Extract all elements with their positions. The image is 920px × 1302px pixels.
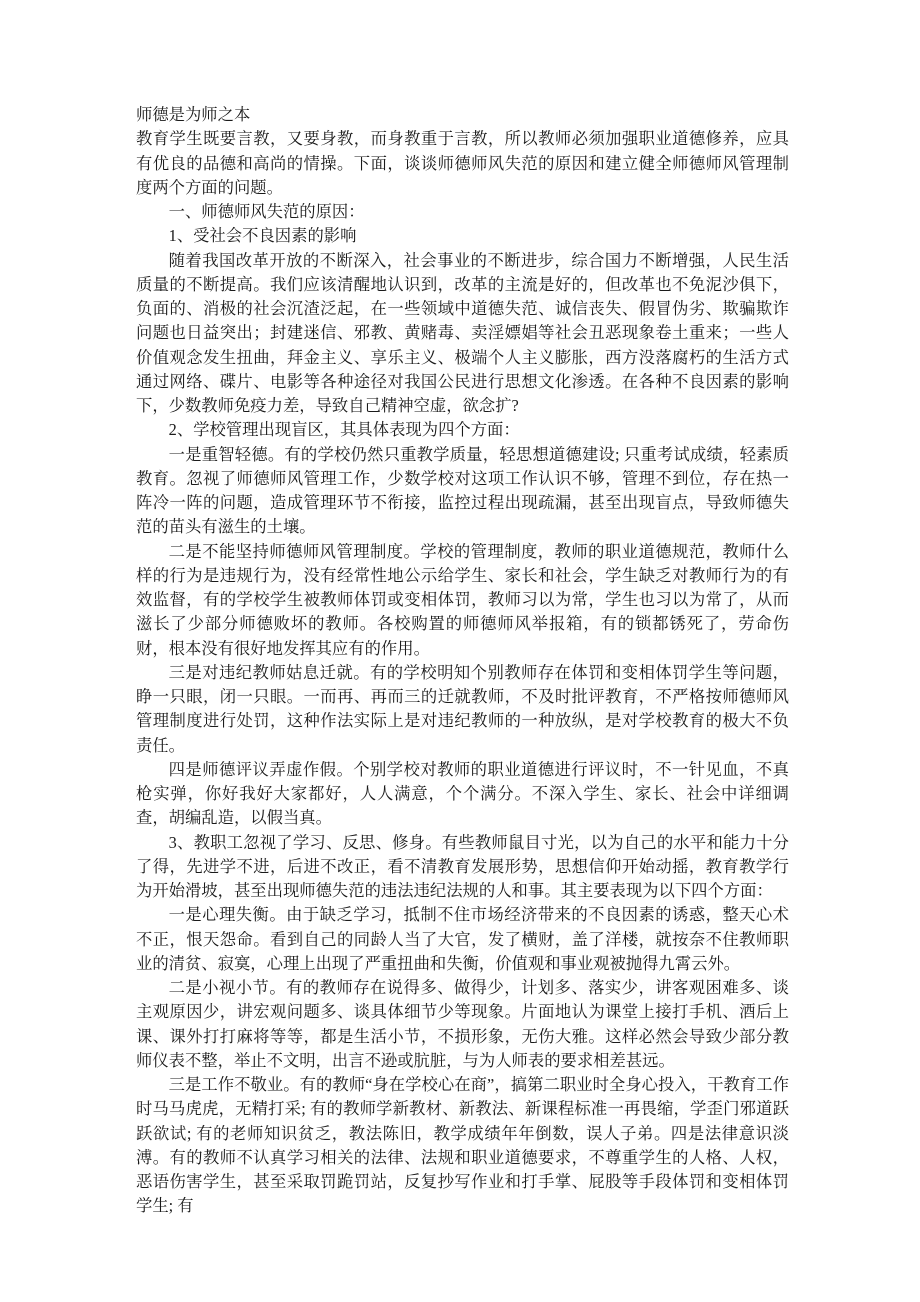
paragraph: 3、教职工忽视了学习、反思、修身。有些教师鼠目寸光，以为自己的水平和能力十分了得… (136, 831, 789, 904)
paragraph: 二是不能坚持师德师风管理制度。学校的管理制度，教师的职业道德规范，教师什么样的行… (136, 540, 789, 661)
paragraph: 随着我国改革开放的不断深入，社会事业的不断进步，综合国力不断增强，人民生活质量的… (136, 249, 789, 419)
paragraph: 教育学生既要言教，又要身教，而身教重于言教，所以教师必须加强职业道德修养，应具有… (136, 127, 789, 200)
paragraph: 三是对违纪教师姑息迁就。有的学校明知个别教师存在体罚和变相体罚学生等问题，睁一只… (136, 661, 789, 758)
paragraph: 一是重智轻德。有的学校仍然只重教学质量，轻思想道德建设; 只重考试成绩，轻素质教… (136, 443, 789, 540)
paragraph: 2、学校管理出现盲区，其具体表现为四个方面： (136, 418, 789, 442)
paragraph: 一是心理失衡。由于缺乏学习，抵制不住市场经济带来的不良因素的诱惑，整天心术不正，… (136, 903, 789, 976)
paragraph: 一、师德师风失范的原因： (136, 200, 789, 224)
paragraph: 四是师德评议弄虚作假。个别学校对教师的职业道德进行评议时，不一针见血，不真枪实弹… (136, 758, 789, 831)
document-content: 师德是为师之本 教育学生既要言教，又要身教，而身教重于言教，所以教师必须加强职业… (136, 103, 789, 1219)
document-body: 教育学生既要言教，又要身教，而身教重于言教，所以教师必须加强职业道德修养，应具有… (136, 127, 789, 1218)
paragraph: 三是工作不敬业。有的教师“身在学校心在商”，搞第二职业时全身心投入，干教育工作时… (136, 1073, 789, 1219)
document-title: 师德是为师之本 (136, 103, 789, 127)
document-page: 师德是为师之本 教育学生既要言教，又要身教，而身教重于言教，所以教师必须加强职业… (0, 0, 920, 1302)
paragraph: 1、受社会不良因素的影响 (136, 224, 789, 248)
paragraph: 二是小视小节。有的教师存在说得多、做得少，计划多、落实少，讲客观困难多、谈主观原… (136, 976, 789, 1073)
